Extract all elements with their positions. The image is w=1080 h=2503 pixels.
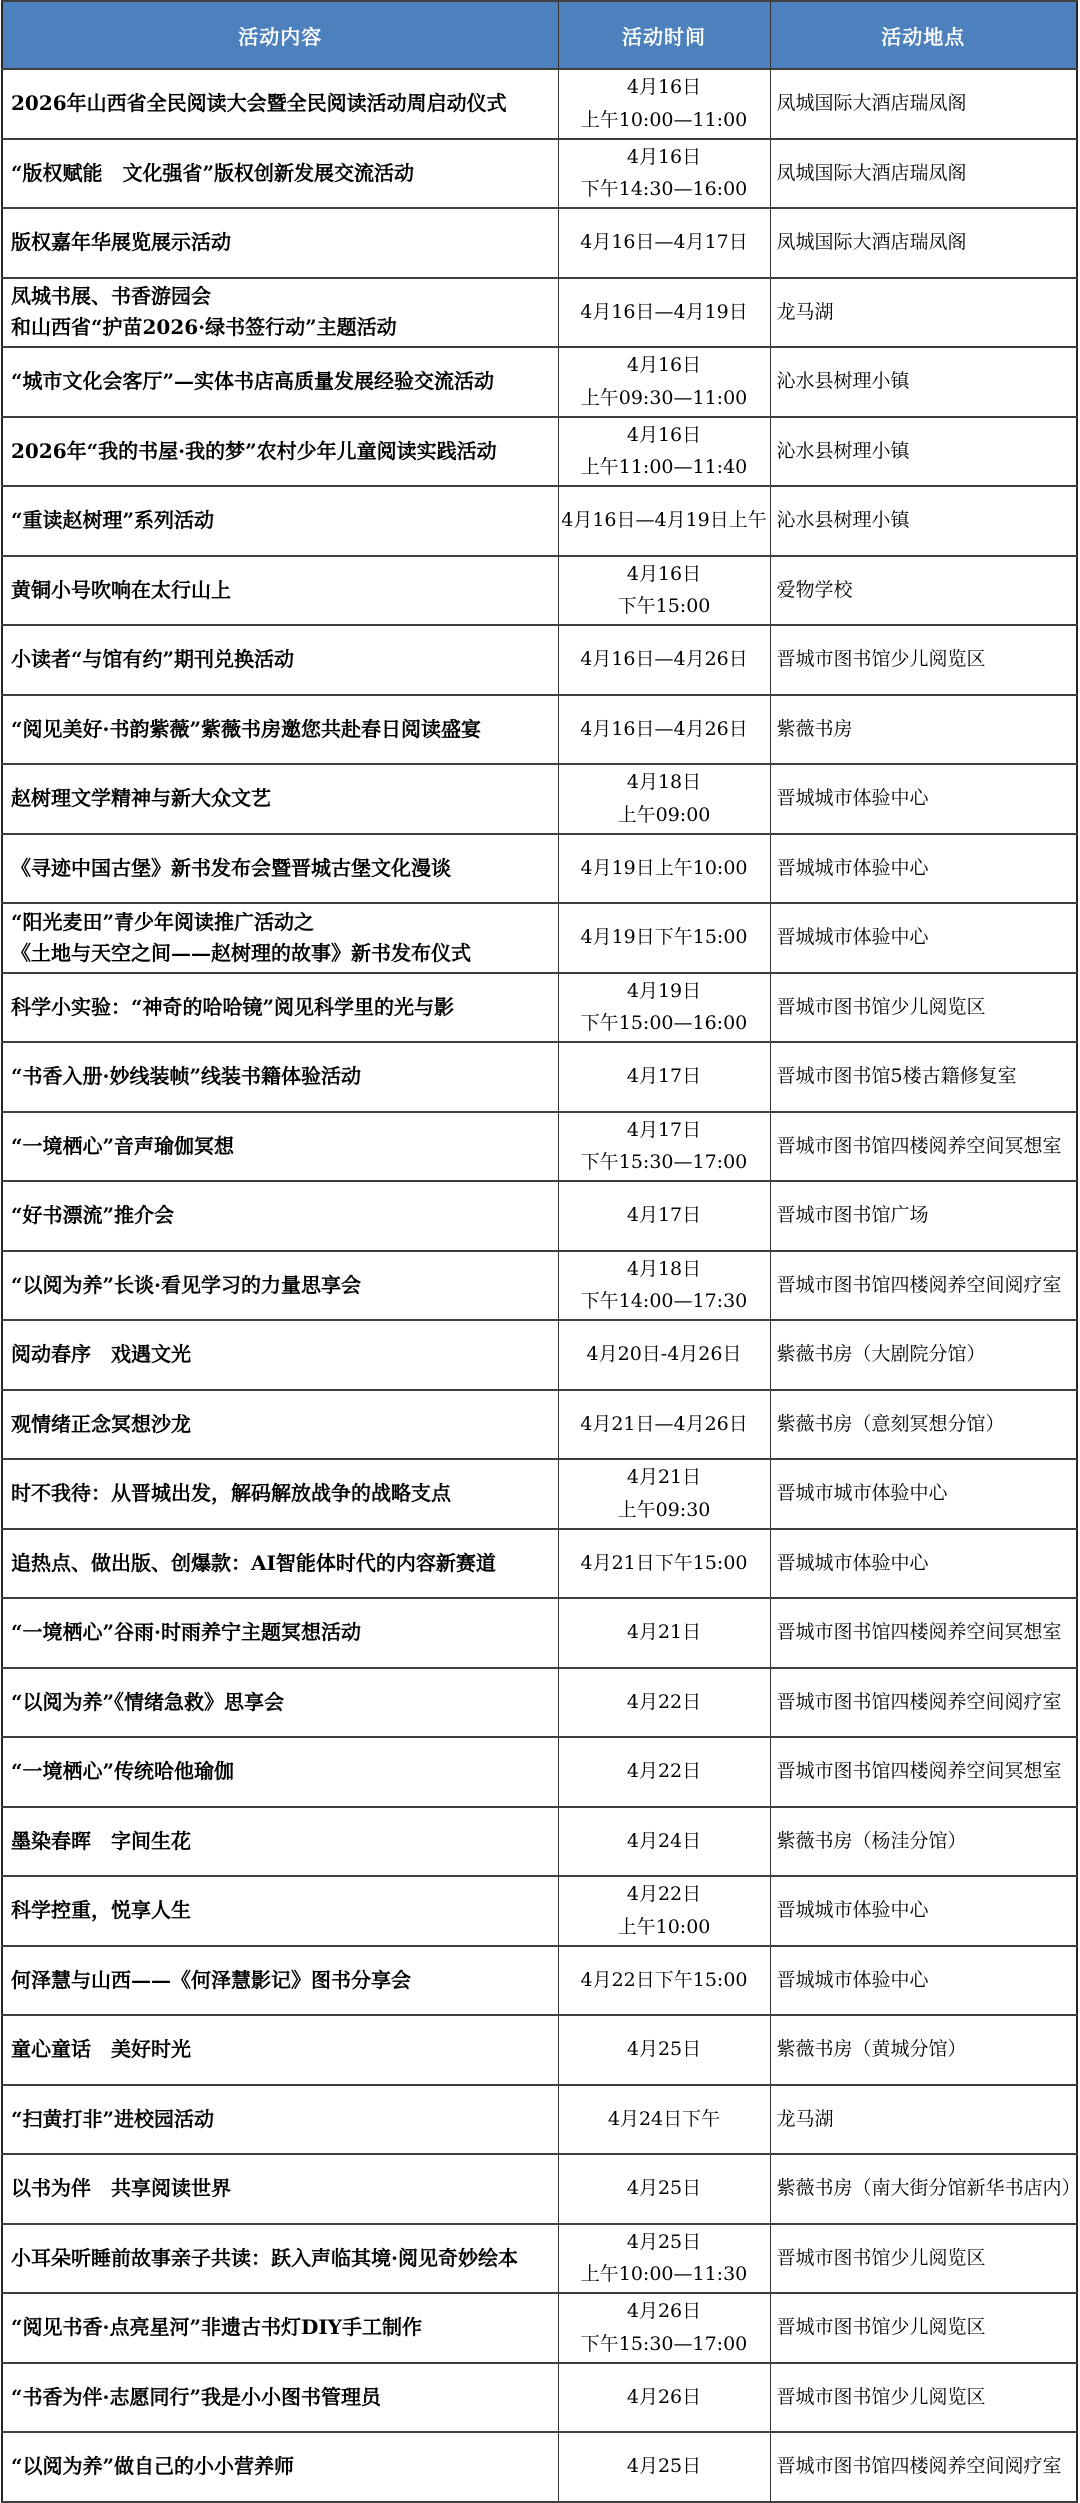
table-row: 科学小实验：“神奇的哈哈镜”阅见科学里的光与影4月19日 下午15:00—16:… xyxy=(2,973,1077,1043)
activity-content-cell: 版权嘉年华展览展示活动 xyxy=(2,208,558,278)
table-row: “阅见美好·书韵紫薇”紫薇书房邀您共赴春日阅读盛宴4月16日—4月26日紫薇书房 xyxy=(2,695,1077,765)
activity-content-cell: 《寻迹中国古堡》新书发布会暨晋城古堡文化漫谈 xyxy=(2,834,558,904)
activity-location-cell: 晋城市图书馆少儿阅览区 xyxy=(770,2224,1077,2294)
activity-location-cell: 凤城国际大酒店瑞凤阁 xyxy=(770,69,1077,139)
table-row: 阅动春序 戏遇文光4月20日-4月26日紫薇书房（大剧院分馆） xyxy=(2,1320,1077,1390)
activity-content-cell: “以阅为养”长谈·看见学习的力量思享会 xyxy=(2,1251,558,1321)
activity-content-cell: “阅见书香·点亮星河”非遗古书灯DIY手工制作 xyxy=(2,2293,558,2363)
activity-content-cell: 黄铜小号吹响在太行山上 xyxy=(2,556,558,626)
activity-location-cell: 紫薇书房（黄城分馆） xyxy=(770,2015,1077,2085)
activity-time-cell: 4月16日—4月19日上午 xyxy=(558,486,770,556)
activity-time-cell: 4月24日 xyxy=(558,1807,770,1877)
table-row: “版权赋能 文化强省”版权创新发展交流活动4月16日 下午14:30—16:00… xyxy=(2,139,1077,209)
activity-location-cell: 紫薇书房（大剧院分馆） xyxy=(770,1320,1077,1390)
activity-time-cell: 4月17日 xyxy=(558,1042,770,1112)
activity-location-cell: 沁水县树理小镇 xyxy=(770,417,1077,487)
table-row: 以书为伴 共享阅读世界4月25日紫薇书房（南大街分馆新华书店内） xyxy=(2,2154,1077,2224)
activity-time-cell: 4月21日下午15:00 xyxy=(558,1529,770,1599)
activity-time-cell: 4月22日 上午10:00 xyxy=(558,1876,770,1946)
activity-location-cell: 晋城城市体验中心 xyxy=(770,834,1077,904)
table-row: 观情绪正念冥想沙龙4月21日—4月26日紫薇书房（意刻冥想分馆） xyxy=(2,1390,1077,1460)
activity-time-cell: 4月16日 上午09:30—11:00 xyxy=(558,347,770,417)
activity-content-cell: 追热点、做出版、创爆款：AI智能体时代的内容新赛道 xyxy=(2,1529,558,1599)
table-row: “以阅为养”做自己的小小营养师4月25日晋城市图书馆四楼阅养空间阅疗室 xyxy=(2,2432,1077,2502)
activity-time-cell: 4月21日—4月26日 xyxy=(558,1390,770,1460)
activity-content-cell: “一境栖心”音声瑜伽冥想 xyxy=(2,1112,558,1182)
activity-time-cell: 4月25日 xyxy=(558,2432,770,2502)
table-row: “以阅为养”《情绪急救》思享会4月22日晋城市图书馆四楼阅养空间阅疗室 xyxy=(2,1668,1077,1738)
activity-location-cell: 龙马湖 xyxy=(770,278,1077,348)
activity-time-cell: 4月26日 下午15:30—17:00 xyxy=(558,2293,770,2363)
table-row: “一境栖心”传统哈他瑜伽4月22日晋城市图书馆四楼阅养空间冥想室 xyxy=(2,1737,1077,1807)
table-row: 墨染春晖 字间生花4月24日紫薇书房（杨洼分馆） xyxy=(2,1807,1077,1877)
table-row: “一境栖心”谷雨·时雨养宁主题冥想活动4月21日晋城市图书馆四楼阅养空间冥想室 xyxy=(2,1598,1077,1668)
activity-content-cell: “书香为伴·志愿同行”我是小小图书管理员 xyxy=(2,2363,558,2433)
activity-time-cell: 4月16日—4月26日 xyxy=(558,625,770,695)
activity-time-cell: 4月16日—4月17日 xyxy=(558,208,770,278)
activity-location-cell: 紫薇书房（意刻冥想分馆） xyxy=(770,1390,1077,1460)
activity-content-cell: “好书漂流”推介会 xyxy=(2,1181,558,1251)
column-header-activity-time: 活动时间 xyxy=(558,1,770,69)
activity-location-cell: 龙马湖 xyxy=(770,2085,1077,2155)
table-row: 版权嘉年华展览展示活动4月16日—4月17日凤城国际大酒店瑞凤阁 xyxy=(2,208,1077,278)
activity-location-cell: 晋城市图书馆四楼阅养空间冥想室 xyxy=(770,1598,1077,1668)
activity-location-cell: 紫薇书房（南大街分馆新华书店内） xyxy=(770,2154,1077,2224)
activity-location-cell: 晋城市图书馆四楼阅养空间阅疗室 xyxy=(770,2432,1077,2502)
activity-schedule-table: 活动内容 活动时间 活动地点 2026年山西省全民阅读大会暨全民阅读活动周启动仪… xyxy=(1,0,1078,2503)
activity-location-cell: 晋城市图书馆广场 xyxy=(770,1181,1077,1251)
activity-location-cell: 晋城市图书馆四楼阅养空间冥想室 xyxy=(770,1112,1077,1182)
activity-time-cell: 4月20日-4月26日 xyxy=(558,1320,770,1390)
activity-location-cell: 晋城城市体验中心 xyxy=(770,764,1077,834)
activity-time-cell: 4月22日 xyxy=(558,1668,770,1738)
activity-time-cell: 4月19日下午15:00 xyxy=(558,903,770,973)
activity-time-cell: 4月25日 xyxy=(558,2154,770,2224)
activity-location-cell: 晋城市图书馆四楼阅养空间阅疗室 xyxy=(770,1668,1077,1738)
activity-time-cell: 4月18日 下午14:00—17:30 xyxy=(558,1251,770,1321)
table-row: 时不我待：从晋城出发，解码解放战争的战略支点4月21日 上午09:30晋城市城市… xyxy=(2,1459,1077,1529)
activity-location-cell: 晋城城市体验中心 xyxy=(770,1529,1077,1599)
activity-time-cell: 4月16日—4月26日 xyxy=(558,695,770,765)
activity-time-cell: 4月17日 下午15:30—17:00 xyxy=(558,1112,770,1182)
activity-time-cell: 4月22日下午15:00 xyxy=(558,1946,770,2016)
activity-location-cell: 紫薇书房（杨洼分馆） xyxy=(770,1807,1077,1877)
activity-time-cell: 4月21日 上午09:30 xyxy=(558,1459,770,1529)
activity-time-cell: 4月17日 xyxy=(558,1181,770,1251)
activity-content-cell: “扫黄打非”进校园活动 xyxy=(2,2085,558,2155)
table-row: “重读赵树理”系列活动4月16日—4月19日上午沁水县树理小镇 xyxy=(2,486,1077,556)
activity-content-cell: “以阅为养”做自己的小小营养师 xyxy=(2,2432,558,2502)
activity-location-cell: 沁水县树理小镇 xyxy=(770,486,1077,556)
activity-location-cell: 凤城国际大酒店瑞凤阁 xyxy=(770,139,1077,209)
activity-time-cell: 4月16日 下午14:30—16:00 xyxy=(558,139,770,209)
activity-time-cell: 4月16日 上午10:00—11:00 xyxy=(558,69,770,139)
activity-location-cell: 晋城城市体验中心 xyxy=(770,1946,1077,2016)
activity-content-cell: 时不我待：从晋城出发，解码解放战争的战略支点 xyxy=(2,1459,558,1529)
activity-location-cell: 晋城市图书馆少儿阅览区 xyxy=(770,2293,1077,2363)
table-row: 小耳朵听睡前故事亲子共读：跃入声临其境·阅见奇妙绘本4月25日 上午10:00—… xyxy=(2,2224,1077,2294)
table-row: “好书漂流”推介会4月17日晋城市图书馆广场 xyxy=(2,1181,1077,1251)
header-row: 活动内容 活动时间 活动地点 xyxy=(2,1,1077,69)
activity-location-cell: 沁水县树理小镇 xyxy=(770,347,1077,417)
activity-location-cell: 晋城市图书馆四楼阅养空间冥想室 xyxy=(770,1737,1077,1807)
activity-content-cell: “版权赋能 文化强省”版权创新发展交流活动 xyxy=(2,139,558,209)
activity-content-cell: 科学控重，悦享人生 xyxy=(2,1876,558,1946)
table-row: “城市文化会客厅”—实体书店高质量发展经验交流活动4月16日 上午09:30—1… xyxy=(2,347,1077,417)
table-row: “阅见书香·点亮星河”非遗古书灯DIY手工制作4月26日 下午15:30—17:… xyxy=(2,2293,1077,2363)
activity-time-cell: 4月18日 上午09:00 xyxy=(558,764,770,834)
table-row: 凤城书展、书香游园会 和山西省“护苗2026·绿书签行动”主题活动4月16日—4… xyxy=(2,278,1077,348)
activity-location-cell: 爱物学校 xyxy=(770,556,1077,626)
activity-content-cell: “一境栖心”谷雨·时雨养宁主题冥想活动 xyxy=(2,1598,558,1668)
table-row: “阳光麦田”青少年阅读推广活动之 《土地与天空之间——赵树理的故事》新书发布仪式… xyxy=(2,903,1077,973)
activity-content-cell: 2026年“我的书屋·我的梦”农村少年儿童阅读实践活动 xyxy=(2,417,558,487)
activity-time-cell: 4月26日 xyxy=(558,2363,770,2433)
activity-location-cell: 晋城市图书馆少儿阅览区 xyxy=(770,973,1077,1043)
activity-time-cell: 4月21日 xyxy=(558,1598,770,1668)
activity-table-body: 2026年山西省全民阅读大会暨全民阅读活动周启动仪式4月16日 上午10:00—… xyxy=(2,69,1077,2502)
table-row: 《寻迹中国古堡》新书发布会暨晋城古堡文化漫谈4月19日上午10:00晋城城市体验… xyxy=(2,834,1077,904)
table-row: “扫黄打非”进校园活动4月24日下午龙马湖 xyxy=(2,2085,1077,2155)
activity-content-cell: “书香入册·妙线装帧”线装书籍体验活动 xyxy=(2,1042,558,1112)
activity-location-cell: 晋城市图书馆5楼古籍修复室 xyxy=(770,1042,1077,1112)
activity-content-cell: 以书为伴 共享阅读世界 xyxy=(2,2154,558,2224)
activity-content-cell: “城市文化会客厅”—实体书店高质量发展经验交流活动 xyxy=(2,347,558,417)
activity-time-cell: 4月19日上午10:00 xyxy=(558,834,770,904)
activity-content-cell: “重读赵树理”系列活动 xyxy=(2,486,558,556)
activity-location-cell: 晋城市图书馆少儿阅览区 xyxy=(770,2363,1077,2433)
activity-content-cell: 阅动春序 戏遇文光 xyxy=(2,1320,558,1390)
table-row: 何泽慧与山西——《何泽慧影记》图书分享会4月22日下午15:00晋城城市体验中心 xyxy=(2,1946,1077,2016)
activity-content-cell: 凤城书展、书香游园会 和山西省“护苗2026·绿书签行动”主题活动 xyxy=(2,278,558,348)
activity-location-cell: 晋城市图书馆少儿阅览区 xyxy=(770,625,1077,695)
activity-content-cell: “阅见美好·书韵紫薇”紫薇书房邀您共赴春日阅读盛宴 xyxy=(2,695,558,765)
activity-location-cell: 凤城国际大酒店瑞凤阁 xyxy=(770,208,1077,278)
activity-content-cell: 观情绪正念冥想沙龙 xyxy=(2,1390,558,1460)
activity-content-cell: “阳光麦田”青少年阅读推广活动之 《土地与天空之间——赵树理的故事》新书发布仪式 xyxy=(2,903,558,973)
activity-time-cell: 4月16日 下午15:00 xyxy=(558,556,770,626)
activity-time-cell: 4月16日—4月19日 xyxy=(558,278,770,348)
activity-time-cell: 4月25日 上午10:00—11:30 xyxy=(558,2224,770,2294)
table-row: “书香为伴·志愿同行”我是小小图书管理员4月26日晋城市图书馆少儿阅览区 xyxy=(2,2363,1077,2433)
table-row: 追热点、做出版、创爆款：AI智能体时代的内容新赛道4月21日下午15:00晋城城… xyxy=(2,1529,1077,1599)
activity-content-cell: 小读者“与馆有约”期刊兑换活动 xyxy=(2,625,558,695)
table-row: 科学控重，悦享人生4月22日 上午10:00晋城城市体验中心 xyxy=(2,1876,1077,1946)
table-row: 小读者“与馆有约”期刊兑换活动4月16日—4月26日晋城市图书馆少儿阅览区 xyxy=(2,625,1077,695)
activity-location-cell: 晋城市图书馆四楼阅养空间阅疗室 xyxy=(770,1251,1077,1321)
column-header-activity-content: 活动内容 xyxy=(2,1,558,69)
column-header-activity-location: 活动地点 xyxy=(770,1,1077,69)
activity-time-cell: 4月19日 下午15:00—16:00 xyxy=(558,973,770,1043)
activity-time-cell: 4月16日 上午11:00—11:40 xyxy=(558,417,770,487)
activity-content-cell: 科学小实验：“神奇的哈哈镜”阅见科学里的光与影 xyxy=(2,973,558,1043)
table-row: 童心童话 美好时光4月25日紫薇书房（黄城分馆） xyxy=(2,2015,1077,2085)
table-row: “一境栖心”音声瑜伽冥想4月17日 下午15:30—17:00晋城市图书馆四楼阅… xyxy=(2,1112,1077,1182)
activity-content-cell: 墨染春晖 字间生花 xyxy=(2,1807,558,1877)
activity-location-cell: 晋城城市体验中心 xyxy=(770,1876,1077,1946)
table-row: 赵树理文学精神与新大众文艺4月18日 上午09:00晋城城市体验中心 xyxy=(2,764,1077,834)
activity-time-cell: 4月25日 xyxy=(558,2015,770,2085)
activity-content-cell: 小耳朵听睡前故事亲子共读：跃入声临其境·阅见奇妙绘本 xyxy=(2,2224,558,2294)
table-row: 2026年山西省全民阅读大会暨全民阅读活动周启动仪式4月16日 上午10:00—… xyxy=(2,69,1077,139)
table-row: “以阅为养”长谈·看见学习的力量思享会4月18日 下午14:00—17:30晋城… xyxy=(2,1251,1077,1321)
activity-location-cell: 晋城市城市体验中心 xyxy=(770,1459,1077,1529)
activity-content-cell: 赵树理文学精神与新大众文艺 xyxy=(2,764,558,834)
activity-content-cell: 童心童话 美好时光 xyxy=(2,2015,558,2085)
activity-content-cell: 2026年山西省全民阅读大会暨全民阅读活动周启动仪式 xyxy=(2,69,558,139)
table-row: 黄铜小号吹响在太行山上4月16日 下午15:00爱物学校 xyxy=(2,556,1077,626)
activity-content-cell: “一境栖心”传统哈他瑜伽 xyxy=(2,1737,558,1807)
table-header: 活动内容 活动时间 活动地点 xyxy=(2,1,1077,69)
activity-time-cell: 4月24日下午 xyxy=(558,2085,770,2155)
activity-time-cell: 4月22日 xyxy=(558,1737,770,1807)
activity-content-cell: 何泽慧与山西——《何泽慧影记》图书分享会 xyxy=(2,1946,558,2016)
table-row: 2026年“我的书屋·我的梦”农村少年儿童阅读实践活动4月16日 上午11:00… xyxy=(2,417,1077,487)
activity-content-cell: “以阅为养”《情绪急救》思享会 xyxy=(2,1668,558,1738)
activity-location-cell: 紫薇书房 xyxy=(770,695,1077,765)
activity-location-cell: 晋城城市体验中心 xyxy=(770,903,1077,973)
table-row: “书香入册·妙线装帧”线装书籍体验活动4月17日晋城市图书馆5楼古籍修复室 xyxy=(2,1042,1077,1112)
